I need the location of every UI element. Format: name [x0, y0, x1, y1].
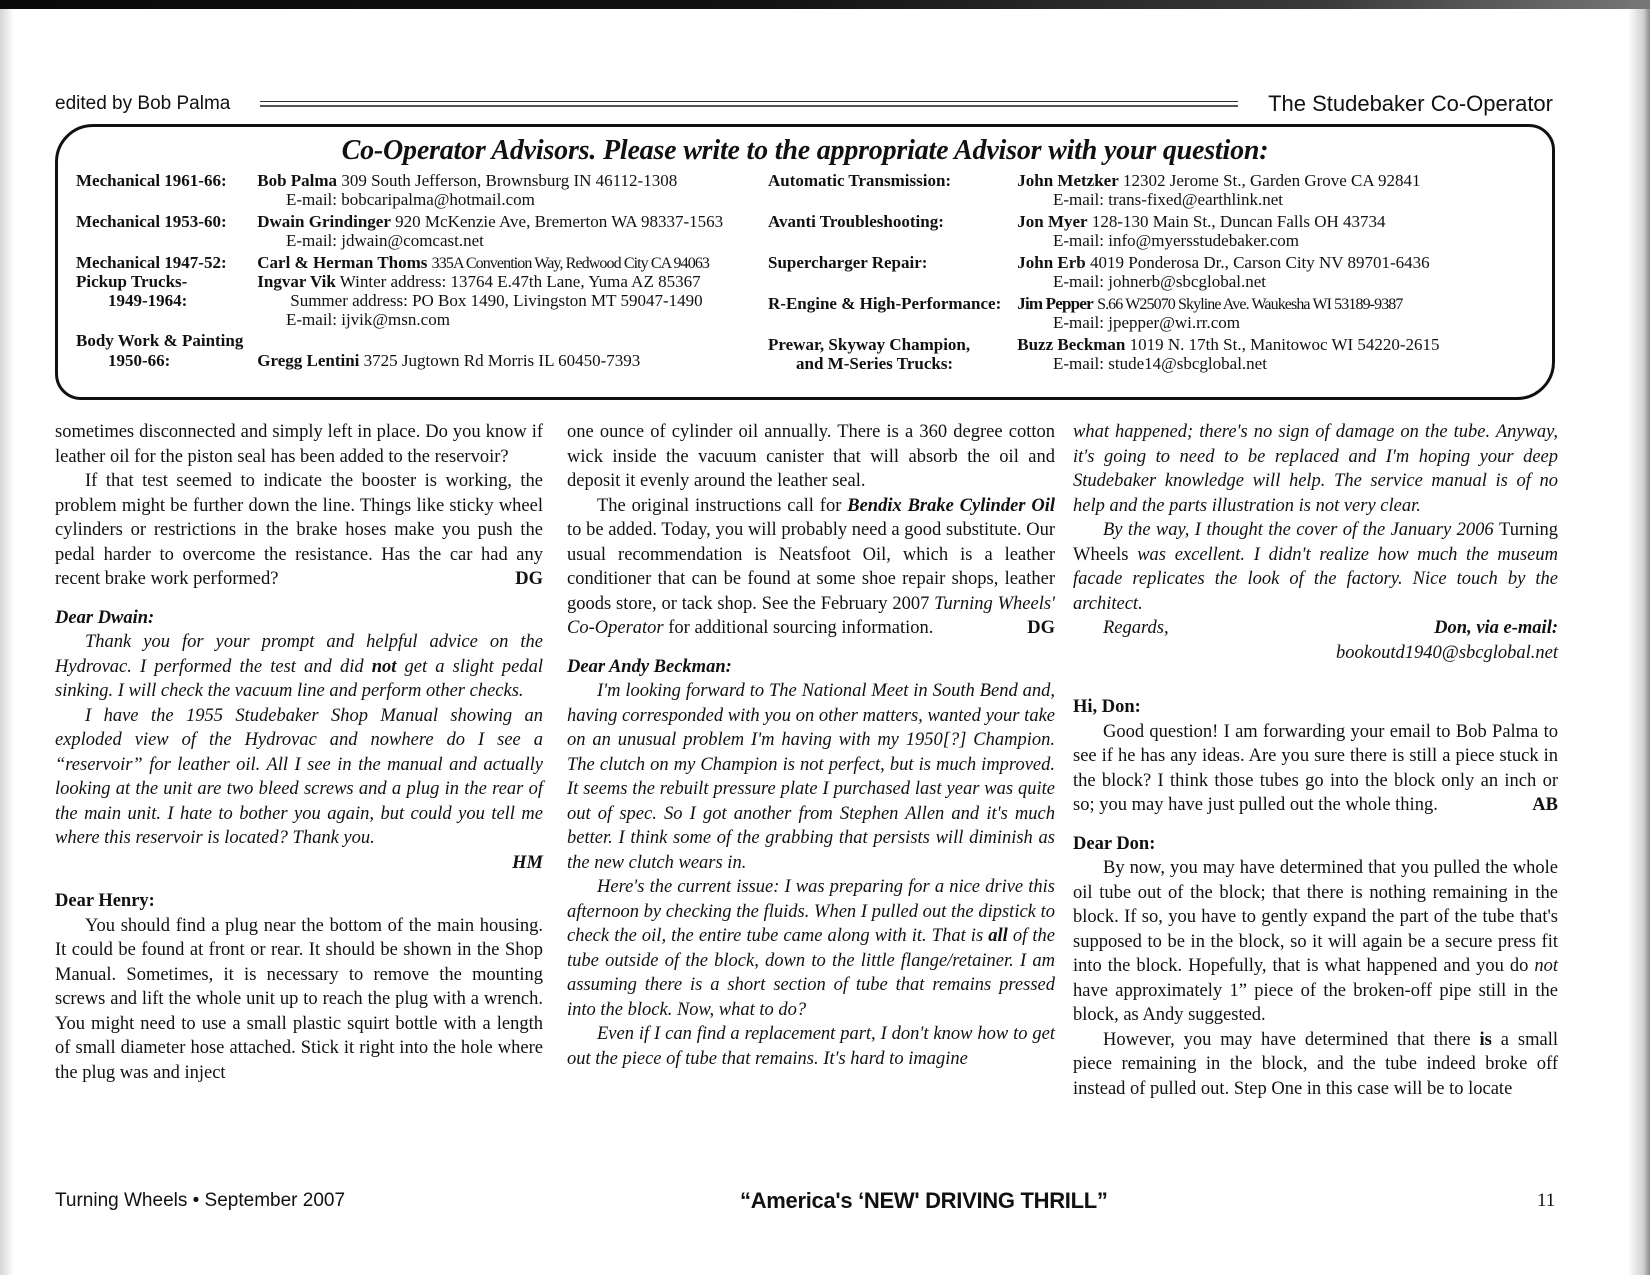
advisor-entry: Mechanical 1947-52: Carl & Herman Thoms … — [76, 253, 709, 273]
advisor-entry: Mechanical 1953-60: Dwain Grindinger 920… — [76, 212, 723, 231]
letter-paragraph: I have the 1955 Studebaker Shop Manual s… — [55, 704, 543, 851]
advisor-entry-cont: and M-Series Trucks: — [768, 354, 1013, 373]
advisors-title: Co-Operator Advisors. Please write to th… — [58, 135, 1552, 167]
advisor-email: E-mail: stude14@sbcglobal.net — [1053, 354, 1267, 373]
advisor-entry: Mechanical 1961-66: Bob Palma 309 South … — [76, 171, 677, 190]
advisor-entry: Prewar, Skyway Champion, Buzz Beckman 10… — [768, 335, 1440, 354]
header-rule — [260, 101, 1238, 107]
advisor-entry-cont: 1949-1964: Summer address: PO Box 1490, … — [76, 291, 703, 310]
advisor-email: E-mail: ijvik@msn.com — [286, 310, 450, 329]
closing: Regards, — [1073, 616, 1169, 641]
letter-paragraph: Here's the current issue: I was preparin… — [567, 875, 1055, 1022]
scan-right-edge — [1628, 9, 1650, 1275]
paragraph: By now, you may have determined that you… — [1073, 856, 1558, 1028]
advisor-entry: Automatic Transmission: John Metzker 123… — [768, 171, 1420, 190]
signature-initials: HM — [55, 851, 543, 876]
page-number: 11 — [1537, 1190, 1555, 1212]
salutation: Hi, Don: — [1073, 695, 1558, 720]
letter-paragraph: I'm looking forward to The National Meet… — [567, 679, 1055, 875]
advisor-entry: Supercharger Repair: John Erb 4019 Ponde… — [768, 253, 1430, 272]
footer-slogan: “America's ‘NEW' DRIVING THRILL” — [740, 1188, 1108, 1214]
scan-left-edge — [0, 9, 14, 1275]
paragraph: You should find a plug near the bottom o… — [55, 914, 543, 1086]
letter-paragraph: Even if I can find a replacement part, I… — [567, 1022, 1055, 1071]
salutation: Dear Dwain: — [55, 606, 543, 631]
advisors-box: Co-Operator Advisors. Please write to th… — [55, 124, 1555, 400]
editor-credit: edited by Bob Palma — [55, 93, 230, 115]
advisor-email: E-mail: jpepper@wi.rr.com — [1053, 313, 1240, 332]
advisor-entry: Avanti Troubleshooting: Jon Myer 128-130… — [768, 212, 1386, 231]
salutation: Dear Henry: — [55, 889, 543, 914]
advisor-email: E-mail: trans-fixed@earthlink.net — [1053, 190, 1283, 209]
article-column-1: sometimes disconnected and simply left i… — [55, 420, 543, 1085]
section-title: The Studebaker Co-Operator — [1268, 91, 1553, 117]
letter-signoff: Regards, Don, via e-mail: — [1073, 616, 1558, 641]
paragraph: one ounce of cylinder oil annually. Ther… — [567, 420, 1055, 494]
letter-paragraph: By the way, I thought the cover of the J… — [1073, 518, 1558, 616]
salutation: Dear Andy Beckman: — [567, 655, 1055, 680]
scan-top-edge — [0, 0, 1650, 9]
sender-name: Don, via e-mail: — [1434, 616, 1558, 641]
advisor-entry-cont: 1950-66: Gregg Lentini 3725 Jugtown Rd M… — [76, 351, 640, 370]
article-column-3: what happened; there's no sign of damage… — [1073, 420, 1558, 1101]
advisor-entry: Pickup Trucks- Ingvar Vik Winter address… — [76, 272, 701, 291]
advisor-email: E-mail: bobcaripalma@hotmail.com — [286, 190, 535, 209]
paragraph: sometimes disconnected and simply left i… — [55, 420, 543, 469]
footer-publication: Turning Wheels • September 2007 — [55, 1190, 345, 1212]
advisor-email: E-mail: jdwain@comcast.net — [286, 231, 484, 250]
advisor-email: E-mail: johnerb@sbcglobal.net — [1053, 272, 1266, 291]
letter-paragraph: what happened; there's no sign of damage… — [1073, 420, 1558, 518]
salutation: Dear Don: — [1073, 832, 1558, 857]
advisor-email: E-mail: info@myersstudebaker.com — [1053, 231, 1299, 250]
advisor-entry: R-Engine & High-Performance: Jim Pepper … — [768, 294, 1403, 314]
paragraph: However, you may have determined that th… — [1073, 1028, 1558, 1102]
article-column-2: one ounce of cylinder oil annually. Ther… — [567, 420, 1055, 1071]
sender-email: bookoutd1940@sbcglobal.net — [1073, 641, 1558, 666]
running-head: edited by Bob Palma The Studebaker Co-Op… — [55, 90, 1553, 118]
advisor-entry: Body Work & Painting — [76, 331, 243, 350]
letter-paragraph: Thank you for your prompt and helpful ad… — [55, 630, 543, 704]
